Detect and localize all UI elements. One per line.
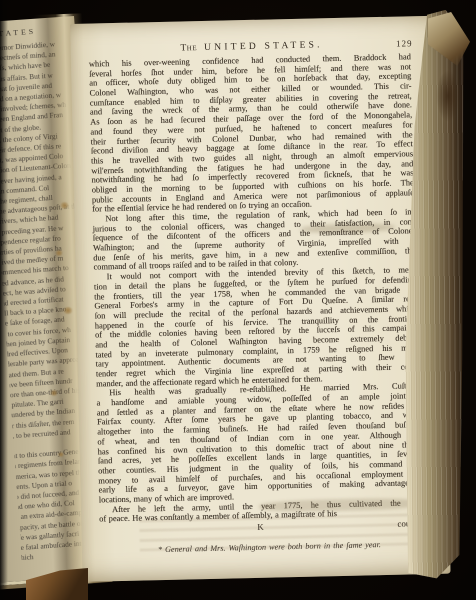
foxing-spot [55, 250, 63, 256]
foxing-spot [63, 307, 73, 314]
fore-edge-dark-notch [436, 70, 460, 122]
page-number: 129 [396, 38, 413, 48]
foxing-spot [50, 390, 58, 396]
foxing-spot [60, 202, 69, 209]
book-photo: STATES o Governor Dinwiddie, wut correct… [0, 0, 476, 600]
text-block: which his over-weening confidence had co… [89, 52, 421, 524]
foxing-spot [58, 452, 64, 457]
running-title-caps: UNITED STATES. [204, 39, 323, 53]
right-page: TheUNITED STATES. 129 which his over-wee… [70, 16, 451, 582]
left-edge-shadow [0, 0, 8, 600]
running-title-the: The [180, 42, 197, 53]
